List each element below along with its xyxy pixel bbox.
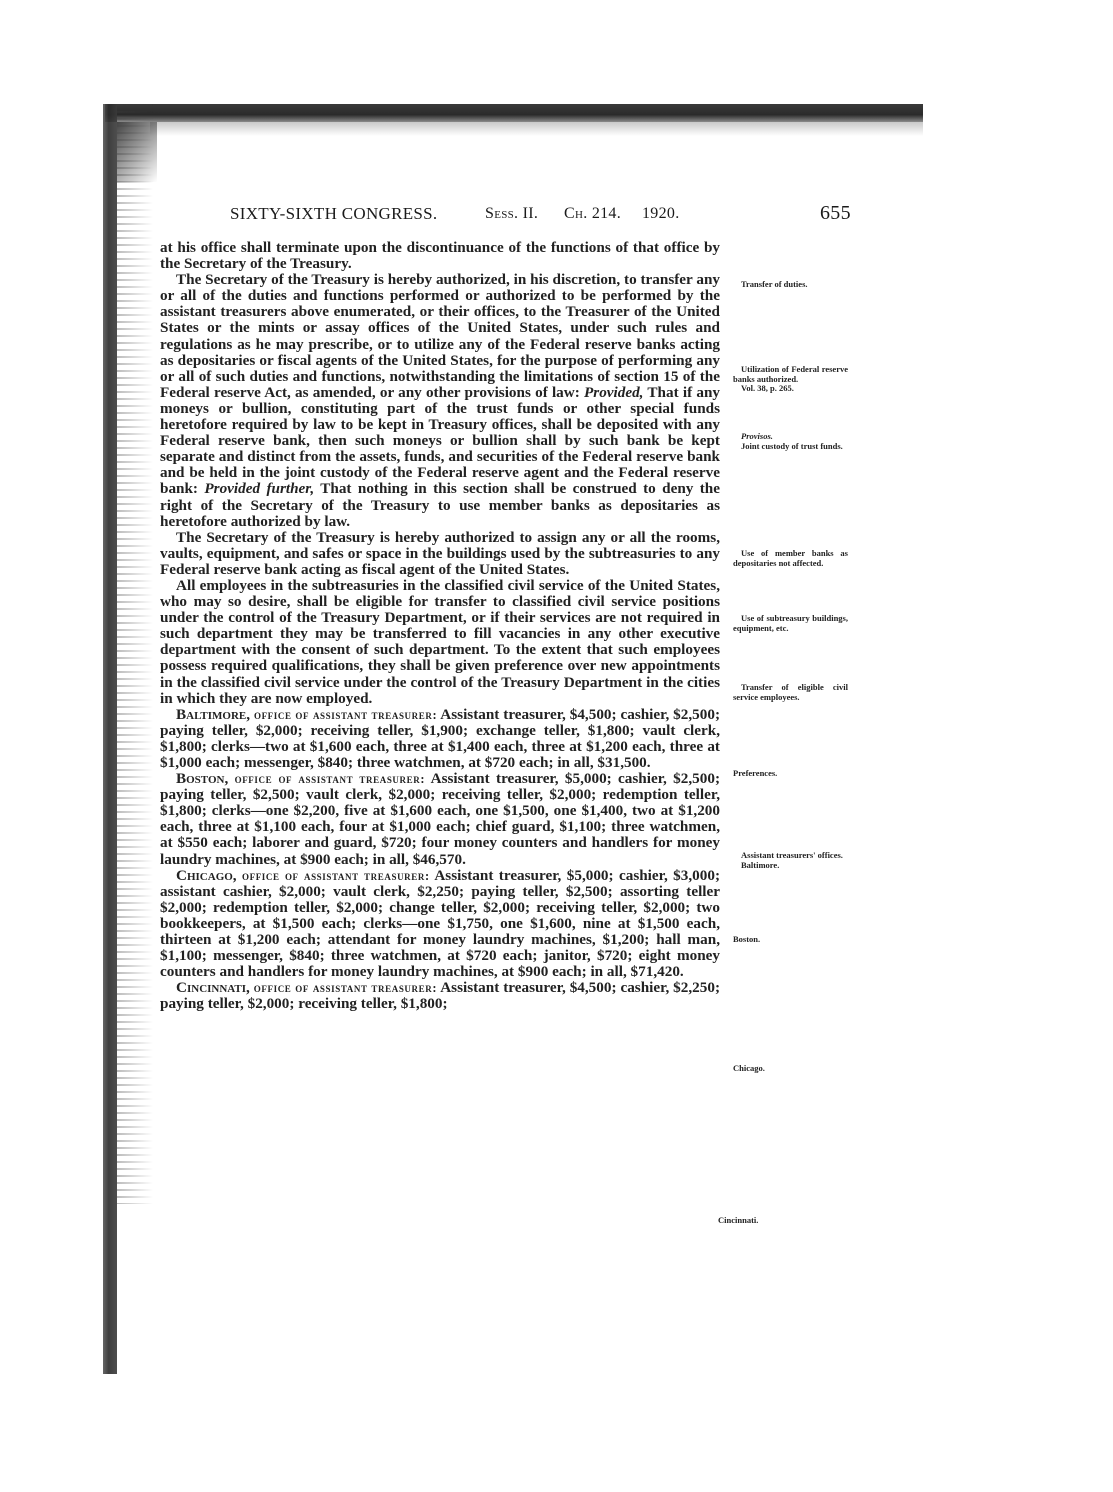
- scan-left-edge-speckle: [117, 104, 153, 1204]
- chapter-label: Ch. 214.: [564, 205, 621, 223]
- margin-note-preferences: Preferences.: [733, 769, 848, 779]
- scan-top-edge-fade: [150, 122, 923, 136]
- transfer-duties-text: The Secretary of the Treasury is hereby …: [160, 271, 720, 401]
- paragraph-baltimore: Baltimore, office of assistant treasurer…: [160, 707, 720, 771]
- scan-left-edge-shadow: [103, 104, 117, 1374]
- running-head: SIXTY-SIXTH CONGRESS. Sess. II. Ch. 214.…: [200, 204, 860, 228]
- margin-note-transfer-employees: Transfer of eligible civil service emplo…: [733, 683, 848, 702]
- paragraph-office-termination: at his office shall terminate upon the d…: [160, 240, 720, 272]
- page-number: 655: [820, 202, 851, 225]
- margin-note-subtreasury-buildings: Use of subtreasury buildings, equipment,…: [733, 614, 848, 633]
- proviso-label: Provided,: [584, 384, 643, 401]
- margin-note-cincinnati: Cincinnati.: [718, 1216, 833, 1226]
- paragraph-employee-transfer: All employees in the subtreasuries in th…: [160, 578, 720, 707]
- margin-note-utilization: Utilization of Federal reserve banks aut…: [733, 365, 848, 394]
- proviso-further-label: Provided further,: [204, 480, 314, 497]
- city-name: Cincinnati,: [176, 979, 250, 996]
- salary-text: Assistant treasurer, $5,000; cashier, $3…: [160, 867, 720, 981]
- city-name: Baltimore,: [176, 706, 250, 723]
- statute-text-column: at his office shall terminate upon the d…: [160, 240, 720, 1013]
- city-name: Boston,: [176, 770, 228, 787]
- congress-title: SIXTY-SIXTH CONGRESS.: [230, 204, 438, 224]
- margin-note-boston: Boston.: [733, 935, 848, 945]
- scan-top-edge-shadow: [105, 104, 923, 122]
- year-label: 1920.: [642, 205, 680, 223]
- paragraph-boston: Boston, office of assistant treasurer: A…: [160, 771, 720, 868]
- margin-note-transfer-of-duties: Transfer of duties.: [733, 280, 848, 290]
- paragraph-cincinnati: Cincinnati, office of assistant treasure…: [160, 980, 720, 1012]
- office-heading: office of assistant treasurer:: [254, 981, 437, 995]
- paragraph-subtreasury-buildings: The Secretary of the Treasury is hereby …: [160, 530, 720, 578]
- margin-note-member-banks: Use of member banks as depositaries not …: [733, 549, 848, 568]
- city-name: Chicago,: [176, 867, 237, 884]
- paragraph-transfer-of-duties: The Secretary of the Treasury is hereby …: [160, 272, 720, 530]
- margin-note-assistant-treasurers: Assistant treasurers' offices. Baltimore…: [733, 851, 848, 870]
- office-heading: office of assistant treasurer:: [235, 772, 426, 786]
- margin-note-provisos: Provisos. Joint custody of trust funds.: [733, 432, 848, 451]
- session-label: Sess. II.: [485, 205, 538, 223]
- margin-note-chicago: Chicago.: [733, 1064, 848, 1074]
- office-heading: office of assistant treasurer:: [254, 708, 437, 722]
- office-heading: office of assistant treasurer:: [242, 869, 430, 883]
- paragraph-chicago: Chicago, office of assistant treasurer: …: [160, 868, 720, 981]
- scan-corner-shade: [117, 122, 157, 182]
